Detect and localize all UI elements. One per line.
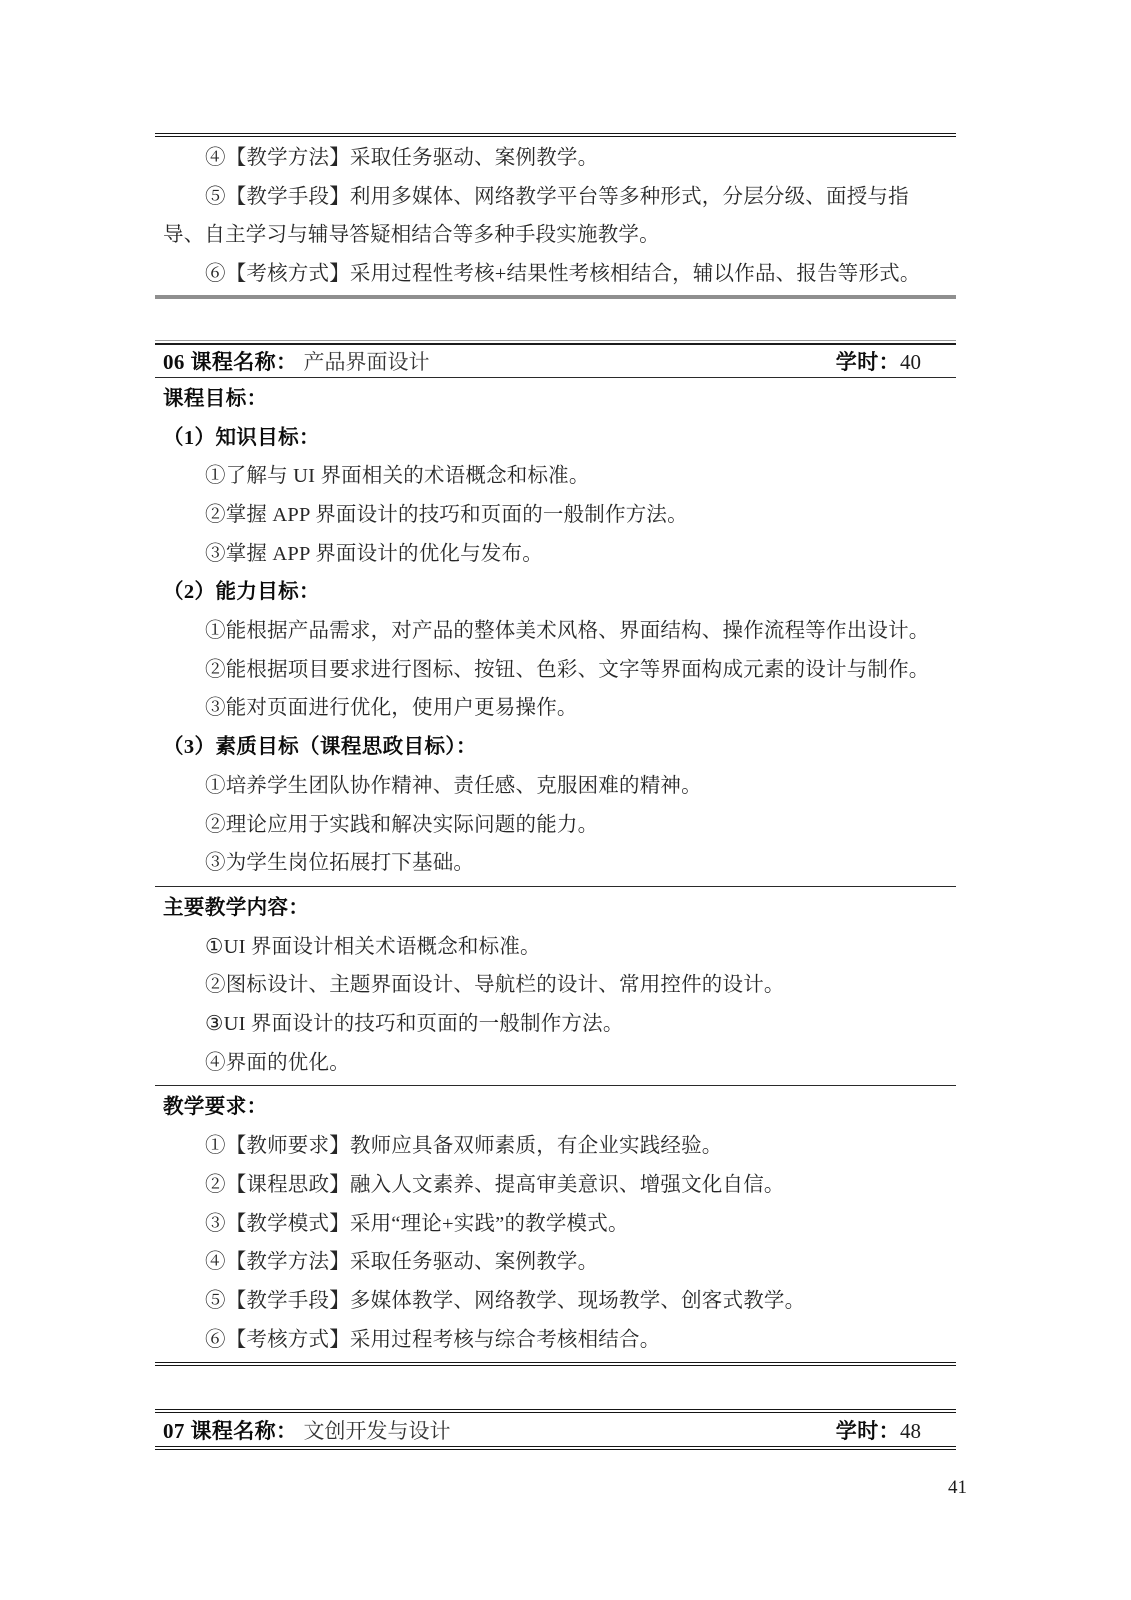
course-hours: 学时：40 (836, 346, 921, 376)
teaching-requirements-title: 教学要求： (163, 1088, 948, 1127)
teaching-content-cell: 主要教学内容： ①UI 界面设计相关术语概念和标准。 ②图标设计、主题界面设计、… (155, 887, 956, 1087)
page-number: 41 (948, 1477, 967, 1499)
knowledge-objective-item: ③掌握 APP 界面设计的优化与发布。 (163, 535, 948, 574)
knowledge-objective-item: ②掌握 APP 界面设计的技巧和页面的一般制作方法。 (163, 496, 948, 535)
course-name: 产品界面设计 (303, 346, 835, 376)
document-page: ④【教学方法】采取任务驱动、案例教学。 ⑤【教学手段】利用多媒体、网络教学平台等… (155, 0, 956, 1450)
objectives-title: 课程目标： (163, 380, 948, 419)
teaching-requirements-cell: 教学要求： ①【教师要求】教师应具备双师素质，有企业实践经验。 ②【课程思政】融… (155, 1086, 956, 1362)
course-number-label: 06 课程名称： (163, 346, 297, 376)
teaching-content-item: ③UI 界面设计的技巧和页面的一般制作方法。 (163, 1005, 948, 1044)
teaching-requirement-item: ②【课程思政】融入人文素养、提高审美意识、增强文化自信。 (163, 1166, 948, 1205)
ability-objectives-title: （2）能力目标： (163, 573, 948, 612)
previous-course-table-fragment: ④【教学方法】采取任务驱动、案例教学。 ⑤【教学手段】利用多媒体、网络教学平台等… (155, 133, 956, 299)
hours-value: 40 (900, 350, 921, 374)
course-06-header-row: 06 课程名称： 产品界面设计 学时：40 (155, 345, 956, 378)
teaching-method-item: ④【教学方法】采取任务驱动、案例教学。 (163, 139, 948, 178)
teaching-requirement-item: ③【教学模式】采用“理论+实践”的教学模式。 (163, 1205, 948, 1244)
ability-objective-item: ③能对页面进行优化，使用户更易操作。 (163, 689, 948, 728)
course-06-table: 06 课程名称： 产品界面设计 学时：40 课程目标： （1）知识目标： ①了解… (155, 340, 956, 1367)
course-hours: 学时：48 (836, 1415, 921, 1445)
hours-label: 学时： (836, 1419, 900, 1443)
course-objectives-cell: 课程目标： （1）知识目标： ①了解与 UI 界面相关的术语概念和标准。 ②掌握… (155, 378, 956, 887)
teaching-requirement-item: ⑤【教学手段】多媒体教学、网络教学、现场教学、创客式教学。 (163, 1282, 948, 1321)
ability-objective-item: ②能根据项目要求进行图标、按钮、色彩、文字等界面构成元素的设计与制作。 (163, 651, 948, 690)
hours-label: 学时： (836, 350, 900, 374)
knowledge-objectives-title: （1）知识目标： (163, 419, 948, 458)
teaching-requirement-item: ⑥【考核方式】采用过程考核与综合考核相结合。 (163, 1321, 948, 1360)
course-07-table: 07 课程名称： 文创开发与设计 学时：48 (155, 1409, 956, 1450)
quality-objective-item: ②理论应用于实践和解决实际问题的能力。 (163, 806, 948, 845)
assessment-method-item: ⑥【考核方式】采用过程性考核+结果性考核相结合，辅以作品、报告等形式。 (163, 255, 948, 294)
previous-course-requirements-cell: ④【教学方法】采取任务驱动、案例教学。 ⑤【教学手段】利用多媒体、网络教学平台等… (155, 137, 956, 295)
teaching-content-item: ④界面的优化。 (163, 1044, 948, 1083)
ability-objective-item: ①能根据产品需求，对产品的整体美术风格、界面结构、操作流程等作出设计。 (163, 612, 948, 651)
teaching-content-item: ②图标设计、主题界面设计、导航栏的设计、常用控件的设计。 (163, 966, 948, 1005)
table-bottom-thick-rule (155, 295, 956, 299)
teaching-means-item: ⑤【教学手段】利用多媒体、网络教学平台等多种形式，分层分级、面授与指导、自主学习… (163, 178, 948, 255)
quality-objective-item: ③为学生岗位拓展打下基础。 (163, 844, 948, 883)
quality-objective-item: ①培养学生团队协作精神、责任感、克服困难的精神。 (163, 767, 948, 806)
teaching-content-item: ①UI 界面设计相关术语概念和标准。 (163, 928, 948, 967)
table-bottom-double-rule (155, 1362, 956, 1366)
teaching-requirement-item: ④【教学方法】采取任务驱动、案例教学。 (163, 1243, 948, 1282)
course-name: 文创开发与设计 (303, 1415, 835, 1445)
table-bottom-double-rule (155, 1446, 956, 1450)
teaching-requirement-item: ①【教师要求】教师应具备双师素质，有企业实践经验。 (163, 1127, 948, 1166)
hours-value: 48 (900, 1419, 921, 1443)
teaching-content-title: 主要教学内容： (163, 889, 948, 928)
course-number-label: 07 课程名称： (163, 1415, 297, 1445)
course-07-header-row: 07 课程名称： 文创开发与设计 学时：48 (155, 1413, 956, 1446)
quality-objectives-title: （3）素质目标（课程思政目标）： (163, 728, 948, 767)
knowledge-objective-item: ①了解与 UI 界面相关的术语概念和标准。 (163, 457, 948, 496)
